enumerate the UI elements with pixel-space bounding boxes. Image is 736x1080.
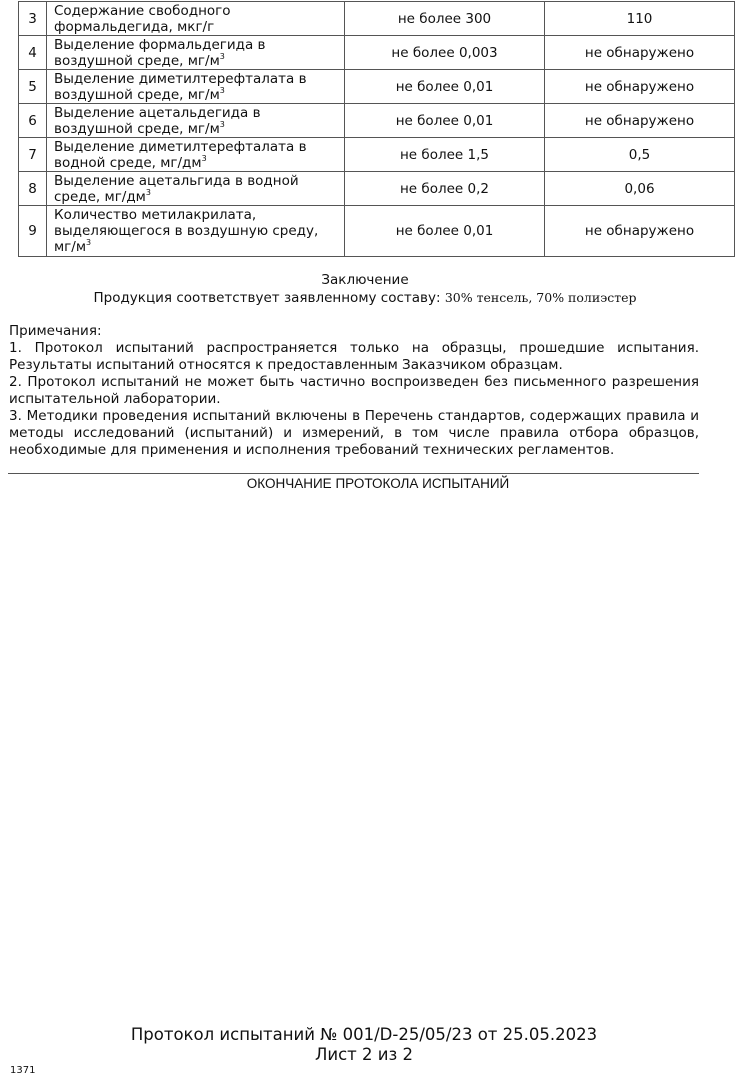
conclusion-title: Заключение [0,272,730,288]
table-row: 3Содержание свободного формальдегида, мк… [19,2,735,36]
table-row: 6Выделение ацетальдегида в воздушной сре… [19,104,735,138]
row-number: 5 [19,70,47,104]
indicator-name: Выделение диметилтерефталата в водной ср… [47,138,345,172]
indicator-name: Количество метилакрилата, выделяющегося … [47,206,345,257]
indicator-name: Выделение ацетальдегида в воздушной сред… [47,104,345,138]
unit-superscript: 3 [86,238,91,247]
indicator-text: Выделение диметилтерефталата в воздушной… [54,71,307,103]
norm-value: не более 0,01 [345,206,545,257]
indicator-name: Содержание свободного формальдегида, мкг… [47,2,345,36]
row-number: 8 [19,172,47,206]
result-value: не обнаружено [545,36,735,70]
row-number: 7 [19,138,47,172]
unit-superscript: 3 [146,188,151,197]
note-item: 2. Протокол испытаний не может быть част… [9,374,699,408]
result-value: не обнаружено [545,104,735,138]
table-row: 7Выделение диметилтерефталата в водной с… [19,138,735,172]
row-number: 4 [19,36,47,70]
page-code: 1371 [10,1065,35,1076]
result-value: 110 [545,2,735,36]
table-row: 4Выделение формальдегида в воздушной сре… [19,36,735,70]
norm-value: не более 0,2 [345,172,545,206]
footer-sheet-number: Лист 2 из 2 [0,1045,728,1064]
indicator-text: Количество метилакрилата, выделяющегося … [54,207,318,255]
unit-superscript: 3 [220,86,225,95]
table-row: 5Выделение диметилтерефталата в воздушно… [19,70,735,104]
result-value: 0,5 [545,138,735,172]
unit-superscript: 3 [202,154,207,163]
indicator-text: Выделение ацетальдегида в воздушной сред… [54,105,261,137]
result-value: 0,06 [545,172,735,206]
indicator-name: Выделение формальдегида в воздушной сред… [47,36,345,70]
table-row: 8Выделение ацетальгида в водной среде, м… [19,172,735,206]
indicator-text: Выделение формальдегида в воздушной сред… [54,37,265,69]
conclusion-label: Продукция соответствует заявленному сост… [93,290,444,306]
indicator-name: Выделение ацетальгида в водной среде, мг… [47,172,345,206]
unit-superscript: 3 [220,120,225,129]
norm-value: не более 300 [345,2,545,36]
table-row: 9Количество метилакрилата, выделяющегося… [19,206,735,257]
conclusion-text: Продукция соответствует заявленному сост… [0,290,730,306]
note-item: 1. Протокол испытаний распространяется т… [9,340,699,374]
row-number: 3 [19,2,47,36]
norm-value: не более 1,5 [345,138,545,172]
norm-value: не более 0,003 [345,36,545,70]
indicator-text: Выделение диметилтерефталата в водной ср… [54,139,307,171]
note-item: 3. Методики проведения испытаний включен… [9,408,699,459]
results-table: 3Содержание свободного формальдегида, мк… [18,1,735,257]
indicator-text: Содержание свободного формальдегида, мкг… [54,3,231,35]
row-number: 9 [19,206,47,257]
notes-title: Примечания: [9,323,699,340]
row-number: 6 [19,104,47,138]
result-value: не обнаружено [545,70,735,104]
composition-value: 30% тенсель, 70% полиэстер [445,290,637,305]
indicator-name: Выделение диметилтерефталата в воздушной… [47,70,345,104]
indicator-text: Выделение ацетальгида в водной среде, мг… [54,173,299,205]
result-value: не обнаружено [545,206,735,257]
end-of-protocol-title: ОКОНЧАНИЕ ПРОТОКОЛА ИСПЫТАНИЙ [0,476,736,491]
divider [8,473,699,474]
norm-value: не более 0,01 [345,104,545,138]
notes-section: Примечания: 1. Протокол испытаний распро… [9,323,699,459]
norm-value: не более 0,01 [345,70,545,104]
footer-protocol-number: Протокол испытаний № 001/D-25/05/23 от 2… [0,1025,728,1044]
unit-superscript: 3 [220,52,225,61]
